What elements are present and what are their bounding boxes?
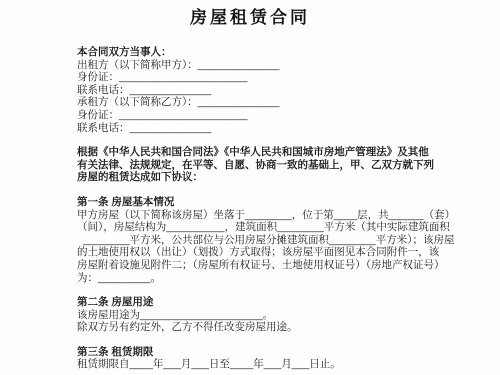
lessor-line: 出租方（以下简称甲方）：______________ [77,59,423,72]
article-1-line-5: 房屋附着设施见附件二；（房屋所有权证号、土地使用权证号）（房地产权证号） [77,259,423,272]
article-1-line-1: 甲方房屋（以下简称该房屋）坐落于________，位于第____层，共_____… [77,209,423,222]
article-2-heading: 第二条 房屋用途 [77,296,423,309]
preamble-line-2: 有关法律、法规规定，在平等、自愿、协商一致的基础上，甲、乙双方就下列 [77,159,423,172]
lessee-line: 承租方（以下简称乙方）：______________ [77,96,423,109]
contract-body: 本合同双方当事人： 出租方（以下简称甲方）：______________ 身份证… [77,46,423,371]
article-2-line-1: 该房屋用途为_____________________。 [77,309,423,322]
article-1-line-3: ________平方米，公共部位与公用房屋分摊建筑面积________平方米）；… [77,234,423,247]
lessor-phone-line: 联系电话：______________ [77,84,423,97]
article-3-heading: 第三条 租赁期限 [77,346,423,359]
article-1-line-6: 为：_________。 [77,272,423,285]
page-title: 房屋租赁合同 [0,8,500,28]
preamble-line-1: 根据《中华人民共和国合同法》《中华人民共和国城市房地产管理法》及其他 [77,146,423,159]
preamble-line-3: 房屋的租赁达成如下协议： [77,171,423,184]
lessor-id-line: 身份证：______________________ [77,71,423,84]
article-2-section: 第二条 房屋用途 该房屋用途为_____________________。 除双… [77,296,423,334]
lessee-phone-line: 联系电话：______________ [77,122,423,135]
article-1-heading: 第一条 房屋基本情况 [77,196,423,209]
article-3-section: 第三条 租赁期限 租赁期限自____年___月___日至____年___月___… [77,346,423,371]
article-1-line-2: （间），房屋结构为__________，建筑面积________平方米（其中实际… [77,221,423,234]
parties-heading: 本合同双方当事人： [77,46,423,59]
parties-section: 本合同双方当事人： 出租方（以下简称甲方）：______________ 身份证… [77,46,423,134]
lessee-id-line: 身份证：______________________ [77,109,423,122]
article-1-line-4: 的土地使用权以（出让）（划拨）方式取得；该房屋平面图见本合同附件一，该 [77,246,423,259]
article-1-section: 第一条 房屋基本情况 甲方房屋（以下简称该房屋）坐落于________，位于第_… [77,196,423,284]
preamble-section: 根据《中华人民共和国合同法》《中华人民共和国城市房地产管理法》及其他 有关法律、… [77,146,423,184]
contract-page: 房屋租赁合同 本合同双方当事人： 出租方（以下简称甲方）：___________… [0,0,500,375]
article-2-line-2: 除双方另有约定外，乙方不得任改变房屋用途。 [77,321,423,334]
article-3-line-1: 租赁期限自____年___月___日至____年___月___日止。 [77,358,423,371]
